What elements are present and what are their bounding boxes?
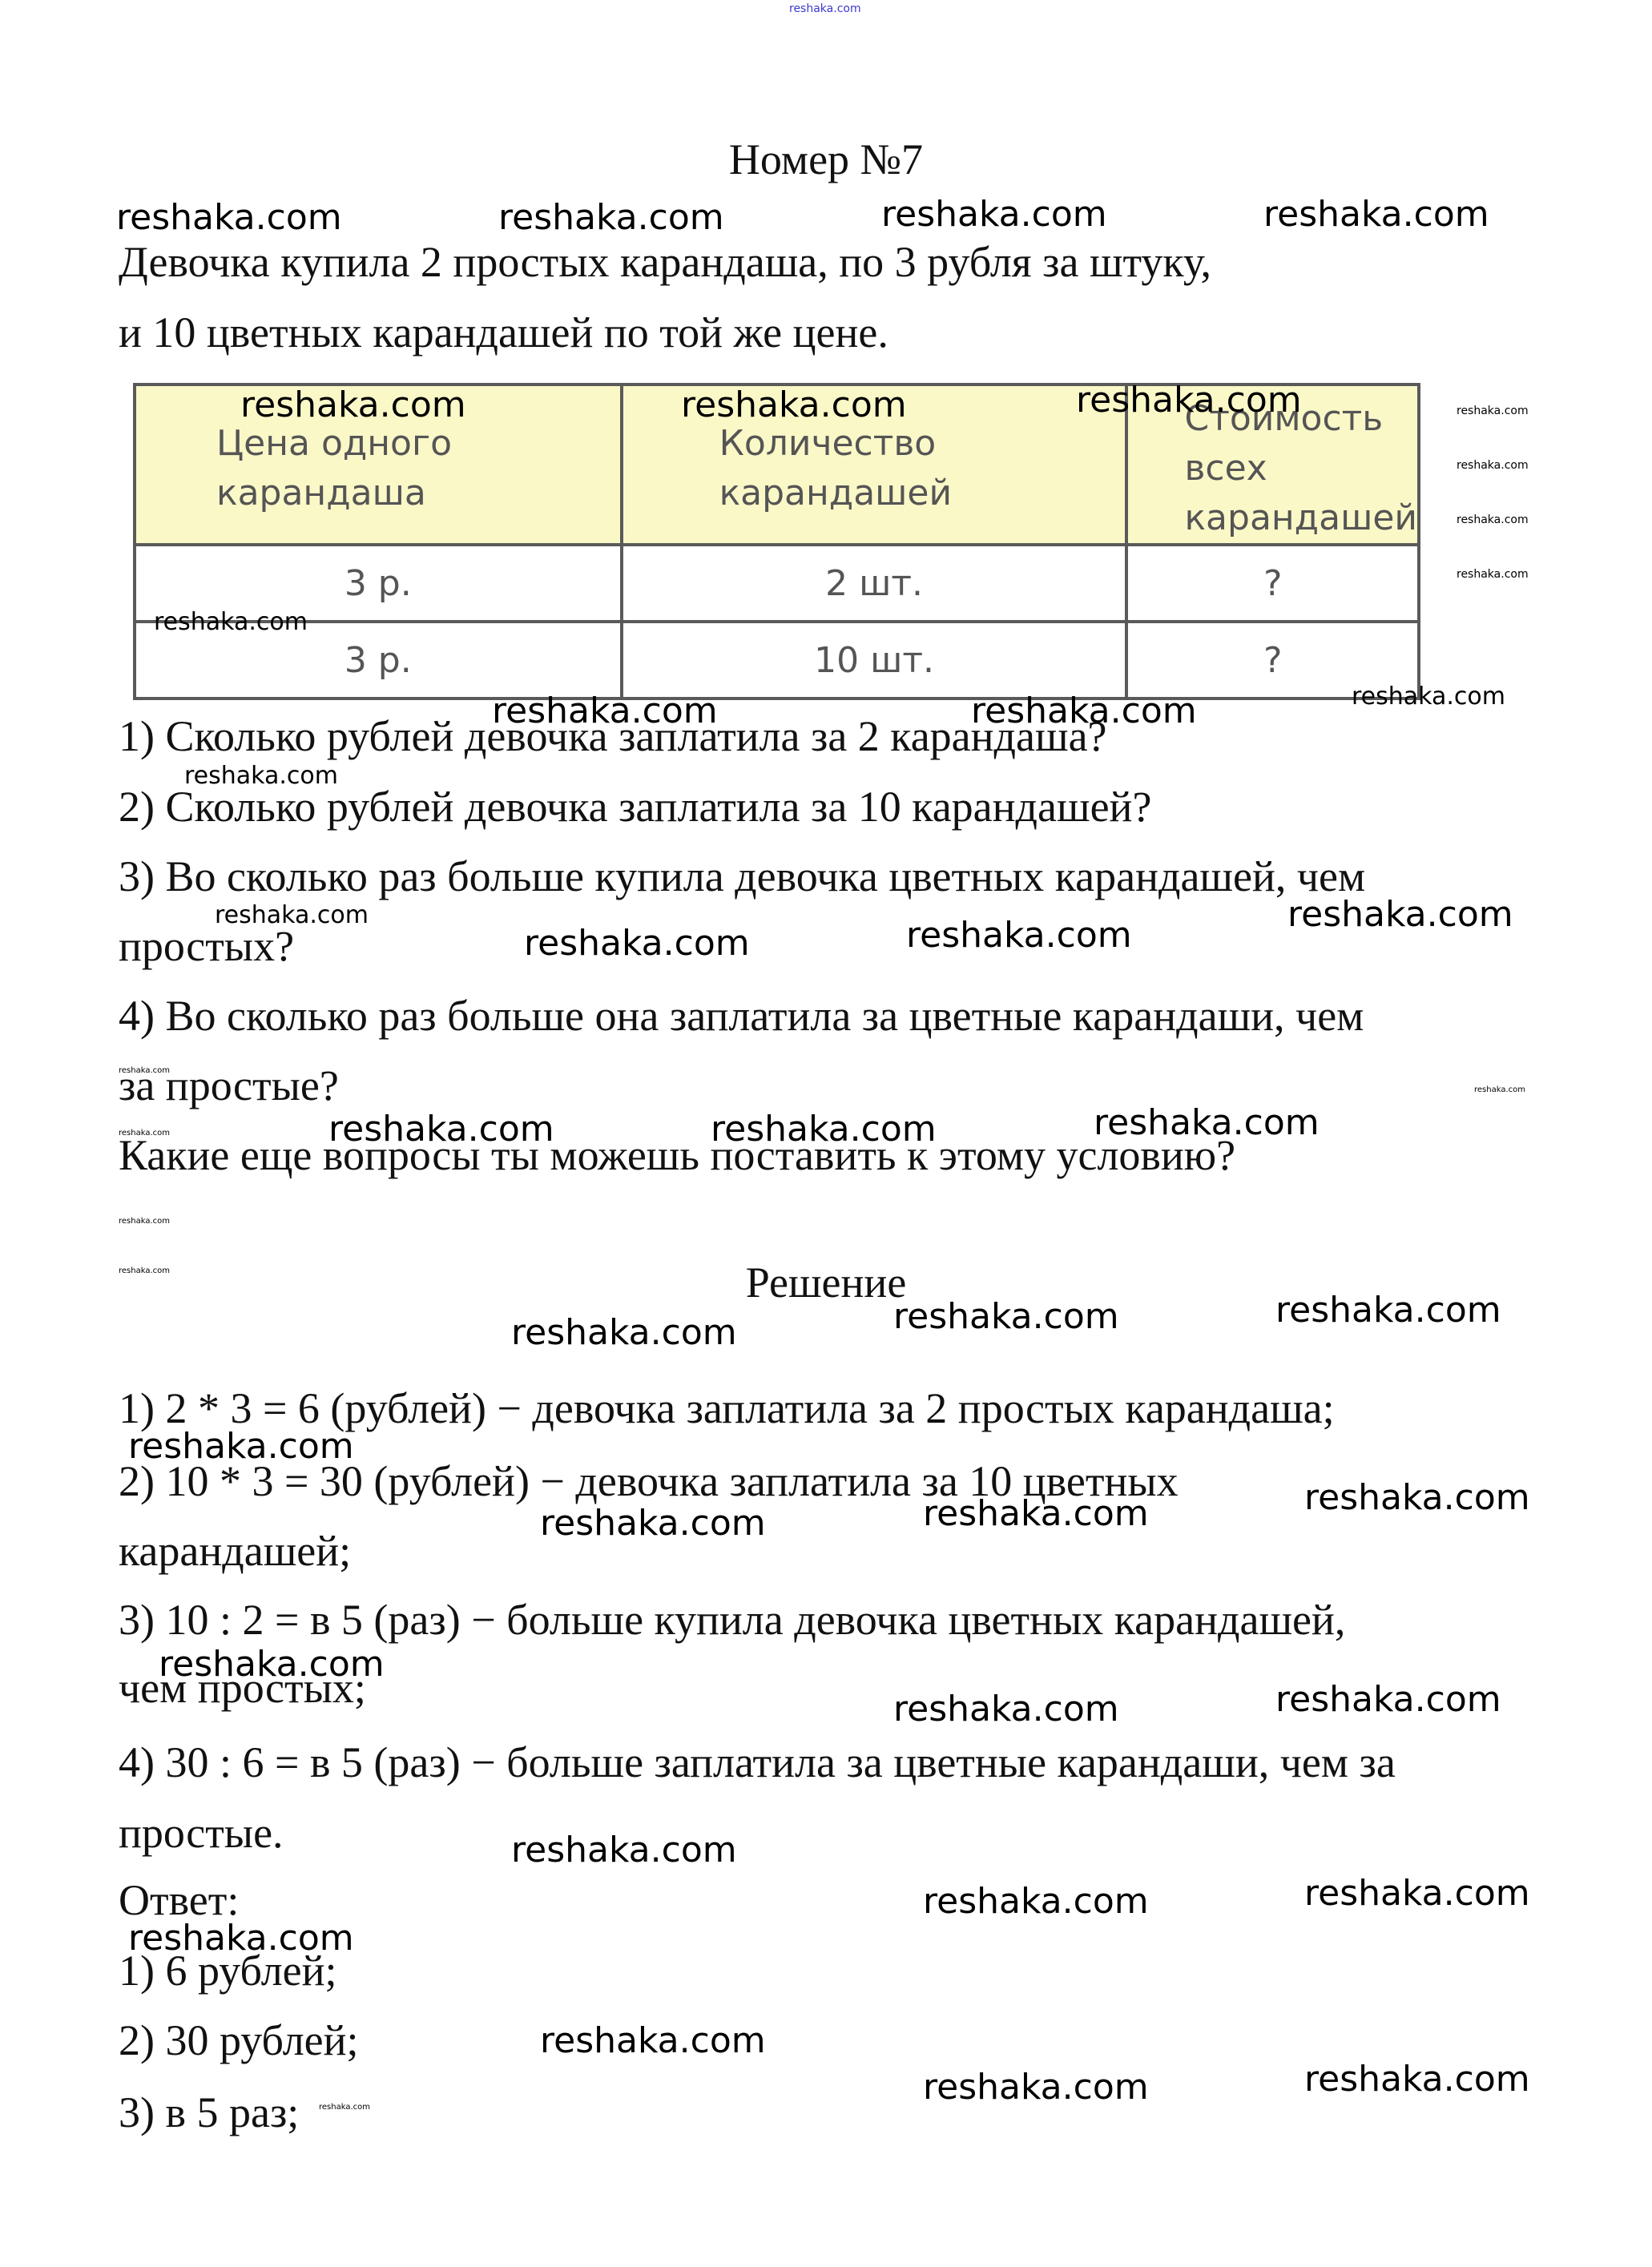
watermark: reshaka.com (881, 197, 1107, 232)
table-cell: ? (1126, 545, 1419, 622)
watermark: reshaka.com (154, 610, 308, 634)
watermark: reshaka.com (119, 1218, 170, 1226)
watermark: reshaka.com (923, 1496, 1149, 1532)
watermark: reshaka.com (1457, 514, 1529, 525)
watermark: reshaka.com (1076, 383, 1302, 418)
table-cell: 10 шт. (622, 622, 1127, 699)
answer-3: 3) в 5 раз; (119, 2091, 299, 2134)
watermark: reshaka.com (511, 1315, 737, 1351)
table-row: 3 р. 2 шт. ? (135, 545, 1419, 622)
watermark: reshaka.com (1352, 685, 1505, 709)
watermark: reshaka.com (240, 388, 466, 423)
watermark: reshaka.com (1474, 1086, 1525, 1094)
watermark: reshaka.com (116, 200, 342, 236)
watermark: reshaka.com (1263, 197, 1489, 232)
answer-heading: Ответ: (119, 1878, 239, 1922)
watermark: reshaka.com (1457, 569, 1529, 580)
watermark: reshaka.com (893, 1299, 1119, 1335)
watermark: reshaka.com (524, 926, 750, 961)
header-text: карандашей (719, 469, 1126, 518)
watermark: reshaka.com (906, 918, 1132, 953)
problem-line-1: Девочка купила 2 простых карандаша, по 3… (119, 240, 1211, 284)
question-4-line-1: 4) Во сколько раз больше она заплатила з… (119, 994, 1364, 1037)
problem-line-2: и 10 цветных карандашей по той же цене. (119, 311, 888, 354)
table-row: 3 р. 10 шт. ? (135, 622, 1419, 699)
watermark: reshaka.com (1304, 1480, 1530, 1516)
solution-step-1: 1) 2 * 3 = 6 (рублей) − девочка заплатил… (119, 1387, 1335, 1430)
watermark: reshaka.com (540, 2023, 766, 2059)
watermark: reshaka.com (1275, 1682, 1501, 1717)
watermark: reshaka.com (1304, 2062, 1530, 2097)
question-2: 2) Сколько рублей девочка заплатила за 1… (119, 785, 1151, 828)
solution-step-4-line-2: простые. (119, 1811, 284, 1854)
watermark: reshaka.com (1304, 1876, 1530, 1911)
header-text: Количество (719, 419, 1126, 469)
question-1: 1) Сколько рублей девочка заплатила за 2… (119, 715, 1107, 758)
watermark: reshaka.com (511, 1833, 737, 1868)
top-watermark: reshaka.com (789, 3, 861, 14)
extra-question: Какие еще вопросы ты можешь поставить к … (119, 1133, 1235, 1177)
watermark: reshaka.com (681, 388, 907, 423)
watermark: reshaka.com (1457, 460, 1529, 471)
question-3-line-2: простых? (119, 924, 294, 968)
watermark: reshaka.com (1275, 1293, 1501, 1328)
answer-2: 2) 30 рублей; (119, 2019, 359, 2062)
answer-1: 1) 6 рублей; (119, 1949, 337, 1992)
watermark: reshaka.com (923, 1884, 1149, 1919)
watermark: reshaka.com (1457, 405, 1529, 417)
watermark: reshaka.com (540, 1506, 766, 1541)
watermark: reshaka.com (498, 200, 724, 236)
table-cell: 2 шт. (622, 545, 1127, 622)
question-4-line-2: за простые? (119, 1064, 339, 1107)
solution-step-3-line-2: чем простых; (119, 1666, 366, 1709)
header-text: карандашей (1184, 493, 1417, 543)
question-3-line-1: 3) Во сколько раз больше купила девочка … (119, 855, 1365, 898)
header-text: карандаша (216, 469, 620, 518)
watermark: reshaka.com (1287, 897, 1513, 932)
watermark: reshaka.com (319, 2104, 370, 2112)
solution-step-4-line-1: 4) 30 : 6 = в 5 (раз) − больше заплатила… (119, 1741, 1396, 1784)
solution-step-3-line-1: 3) 10 : 2 = в 5 (раз) − больше купила де… (119, 1598, 1345, 1641)
solution-step-2-line-2: карандашей; (119, 1529, 351, 1572)
watermark: reshaka.com (893, 1692, 1119, 1727)
data-table: Цена одного карандаша Количество каранда… (133, 383, 1420, 700)
page-title: Номер №7 (0, 138, 1652, 181)
watermark: reshaka.com (923, 2070, 1149, 2105)
header-text: Цена одного (216, 419, 620, 469)
